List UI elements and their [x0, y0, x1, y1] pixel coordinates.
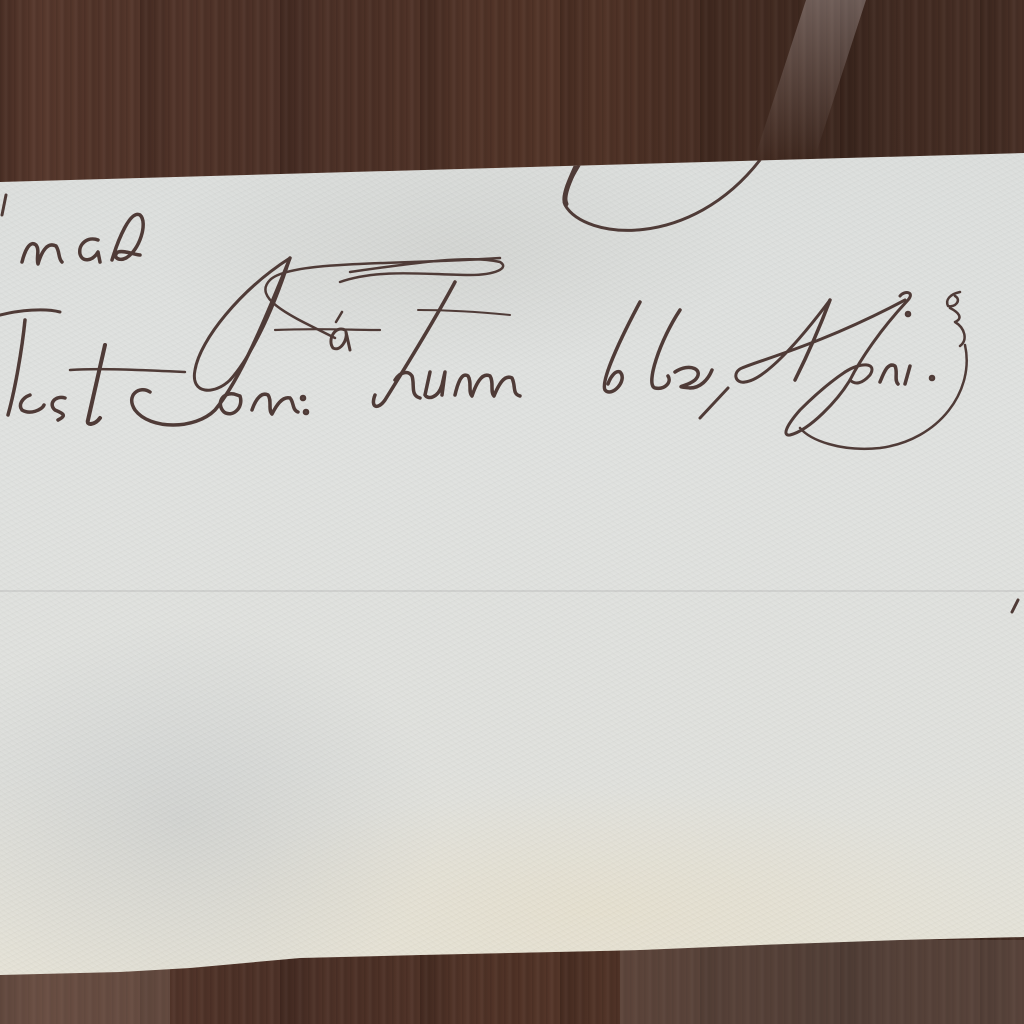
- word-assis: [736, 292, 967, 449]
- glass-reflection-right: [620, 940, 1024, 1024]
- top-flourish: [564, 160, 760, 230]
- fragment-word-nal: [2, 195, 143, 264]
- superscript-a-flourish: [265, 258, 500, 350]
- word-trumble: [340, 259, 712, 406]
- word-jon: [132, 258, 308, 425]
- comma-mark: [700, 388, 728, 418]
- edge-ink-mark: [1012, 600, 1018, 612]
- word-test: [0, 310, 185, 424]
